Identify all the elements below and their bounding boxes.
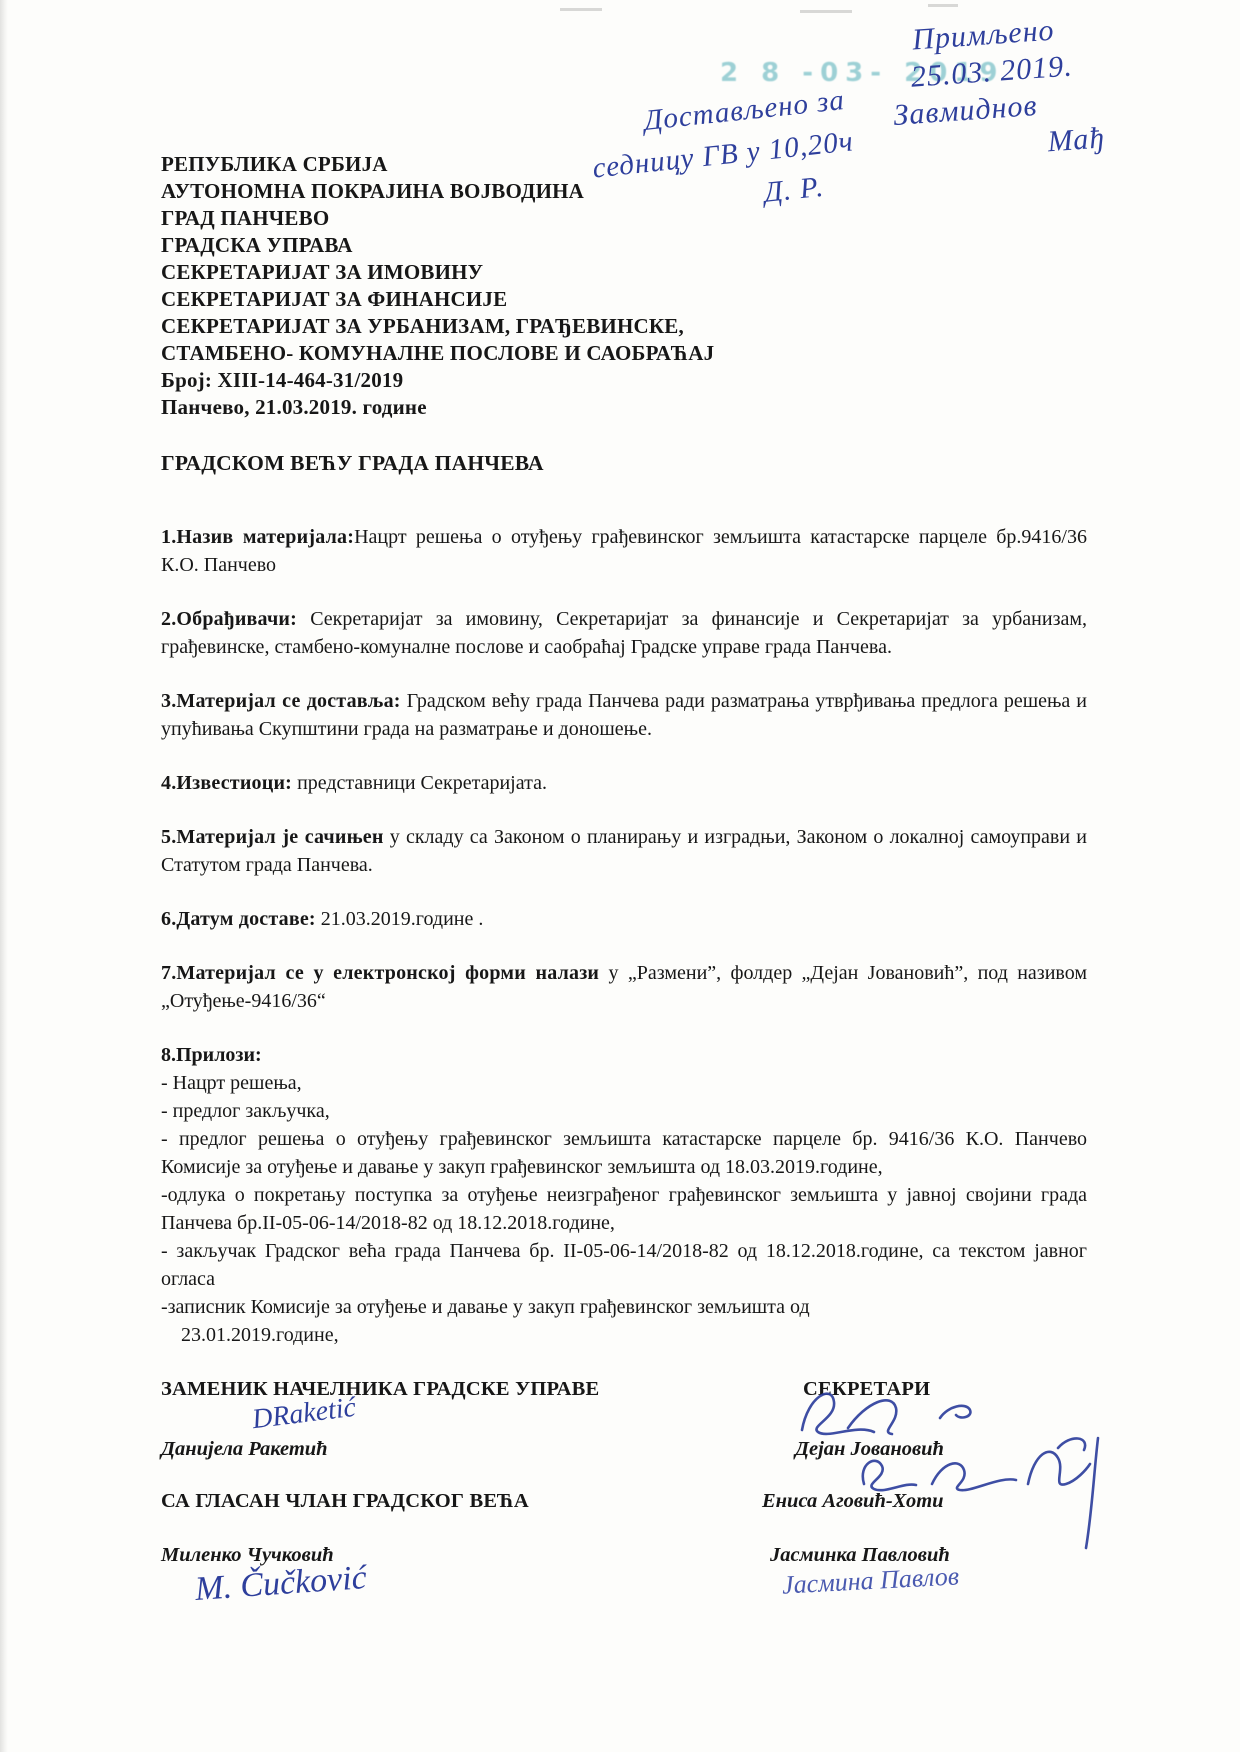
letterhead: РЕПУБЛИКА СРБИЈА АУТОНОМНА ПОКРАЈИНА ВОЈ… bbox=[161, 151, 714, 421]
attachments-heading: 8.Прилози: bbox=[161, 1041, 1087, 1069]
signature-pavlovic: Јасмина Павлов bbox=[781, 1561, 959, 1600]
paragraph-1-label: 1.Назив материјала: bbox=[161, 526, 354, 548]
council-member-title: СА ГЛАСАН ЧЛАН ГРАДСКОГ ВЕЋА bbox=[161, 1490, 529, 1513]
deputy-chief-title: ЗАМЕНИК НАЧЕЛНИКА ГРАДСКЕ УПРАВЕ bbox=[161, 1378, 599, 1401]
paragraph-7-electronic-form: 7.Материјал се у електронској форми нала… bbox=[161, 959, 1087, 1015]
attachment-item: - предлог закључка, bbox=[161, 1097, 1087, 1125]
scan-speck bbox=[928, 4, 958, 7]
attachment-item-continuation: 23.01.2019.године, bbox=[161, 1321, 1087, 1349]
attachment-item: -записник Комисије за отуђење и давање у… bbox=[161, 1293, 1087, 1321]
paragraph-5-legal-basis: 5.Материјал је сачињен у складу са Закон… bbox=[161, 823, 1087, 879]
paragraph-3-delivered-to: 3.Материјал се доставља: Градском већу г… bbox=[161, 687, 1087, 743]
paragraph-7-label: 7.Материјал се у електронској форми нала… bbox=[161, 962, 599, 984]
letterhead-line-city: ГРАД ПАНЧЕВО bbox=[161, 205, 714, 232]
received-note-initials: Мађ bbox=[1046, 119, 1105, 160]
paragraph-4-label: 4.Известиоци: bbox=[161, 772, 292, 794]
letterhead-line-province: АУТОНОМНА ПОКРАЈИНА ВОЈВОДИНА bbox=[161, 178, 714, 205]
paragraph-4-text: представници Секретаријата. bbox=[292, 772, 547, 794]
scan-speck bbox=[560, 8, 602, 11]
attachment-item: - предлог решења о отуђењу грађевинског … bbox=[161, 1125, 1087, 1181]
paragraph-5-label: 5.Материјал је сачињен bbox=[161, 826, 384, 848]
paragraph-6-text: 21.03.2019.године . bbox=[316, 908, 484, 930]
document-place-date: Панчево, 21.03.2019. године bbox=[161, 394, 714, 421]
secretary-agovic-name: Ениса Аговић-Хоти bbox=[762, 1490, 944, 1513]
letterhead-line-secretariat-finance: СЕКРЕТАРИЈАТ ЗА ФИНАНСИЈЕ bbox=[161, 286, 714, 313]
paragraph-2-label: 2.Обрађивачи: bbox=[161, 608, 297, 630]
addressee-line: ГРАДСКОМ ВЕЋУ ГРАДА ПАНЧЕВА bbox=[161, 449, 1087, 477]
paragraph-6-delivery-date: 6.Датум доставе: 21.03.2019.године . bbox=[161, 905, 1087, 933]
paragraph-4-rapporteurs: 4.Известиоци: представници Секретаријата… bbox=[161, 769, 1087, 797]
letterhead-line-administration: ГРАДСКА УПРАВА bbox=[161, 232, 714, 259]
document-body: ГРАДСКОМ ВЕЋУ ГРАДА ПАНЧЕВА 1.Назив мате… bbox=[161, 449, 1087, 1349]
scanned-document-page: 2 8 -03- 2019 Примљено 25.03. 2019. Завм… bbox=[0, 0, 1240, 1752]
letterhead-line-secretariat-property: СЕКРЕТАРИЈАТ ЗА ИМОВИНУ bbox=[161, 259, 714, 286]
paragraph-1-material-name: 1.Назив материјала:Нацрт решења о отуђењ… bbox=[161, 523, 1087, 579]
attachment-item: - закључак Градског већа града Панчева б… bbox=[161, 1237, 1087, 1293]
document-number: Број: XIII-14-464-31/2019 bbox=[161, 367, 714, 394]
attachment-item: -одлука о покретању поступка за отуђење … bbox=[161, 1181, 1087, 1237]
letterhead-line-secretariat-urbanism-1: СЕКРЕТАРИЈАТ ЗА УРБАНИЗАМ, ГРАЂЕВИНСКЕ, bbox=[161, 313, 714, 340]
delivery-note-initials: Д. Р. bbox=[762, 162, 860, 214]
letterhead-line-secretariat-urbanism-2: СТАМБЕНО- КОМУНАЛНЕ ПОСЛОВЕ И САОБРАЋАЈ bbox=[161, 340, 714, 367]
paragraph-3-label: 3.Материјал се доставља: bbox=[161, 690, 401, 712]
paragraph-2-text: Секретаријат за имовину, Секретаријат за… bbox=[161, 608, 1087, 658]
letterhead-line-country: РЕПУБЛИКА СРБИЈА bbox=[161, 151, 714, 178]
deputy-chief-name: Данијела Ракетић bbox=[161, 1438, 328, 1461]
scan-edge-shadow bbox=[0, 0, 8, 1752]
handwritten-received-note: Примљено 25.03. 2019. Завмиднов Мађ bbox=[881, 9, 1106, 172]
paragraph-6-label: 6.Датум доставе: bbox=[161, 908, 316, 930]
scan-speck bbox=[800, 10, 852, 13]
attachment-item: - Нацрт решења, bbox=[161, 1069, 1087, 1097]
paragraph-2-processors: 2.Обрађивачи: Секретаријат за имовину, С… bbox=[161, 605, 1087, 661]
